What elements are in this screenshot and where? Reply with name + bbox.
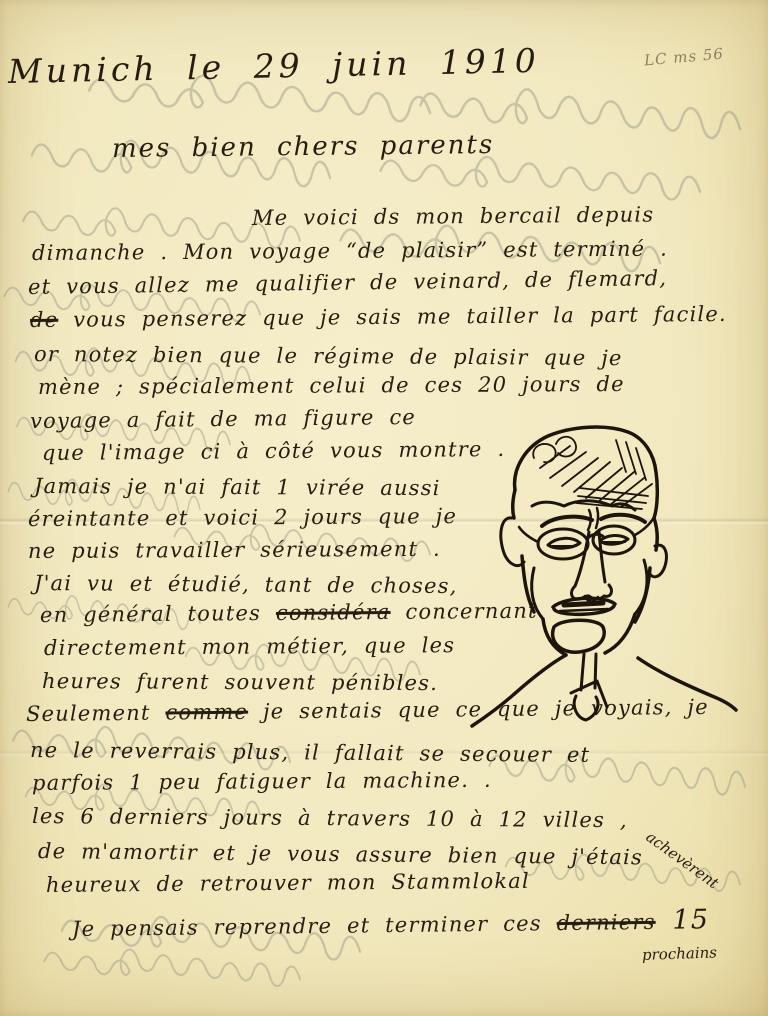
letter-line: de vous penserez que je sais me tailler … (30, 302, 727, 332)
letter-page: LC ms 56 Munich le 29 juin 1910 mes bien… (0, 0, 768, 1016)
letter-line: heures furent souvent pénibles. (42, 669, 438, 695)
letter-line: que l'image ci à côté vous montre . (42, 437, 506, 465)
letter-line: Je pensais reprendre et terminer ces der… (72, 904, 710, 943)
letter-line: heureux de retrouver mon Stammlokal (46, 869, 530, 897)
letter-line: directement mon métier, que les (44, 633, 455, 660)
inserted-correction-word: prochains (642, 943, 718, 964)
letter-line: or notez bien que le régime de plaisir q… (34, 342, 623, 370)
letter-line: Me voici ds mon bercail depuis (252, 202, 654, 230)
letter-line: dimanche . Mon voyage “de plaisir” est t… (32, 237, 668, 265)
crossed-out-word: de (30, 308, 58, 332)
letter-line: ne puis travailler sérieusement . (28, 537, 441, 563)
crossed-out-word: derniers (556, 910, 655, 935)
letter-line: mène ; spécialement celui de ces 20 jour… (38, 372, 625, 399)
letter-line: de m'amortir et je vous assure bien que … (38, 839, 643, 869)
self-caricature-sketch (468, 406, 740, 738)
letter-line: J'ai vu et étudié, tant de choses, (34, 571, 458, 598)
letter-word-slanted: achevèrent (643, 828, 722, 893)
letter-line: ne le reverrais plus, il fallait se seco… (30, 738, 590, 767)
archive-number-note: LC ms 56 (643, 45, 724, 70)
number-fifteen: 15 (655, 904, 709, 936)
letter-line: en général toutes considéra concernant (40, 599, 538, 627)
letter-line: voyage a fait de ma figure ce (30, 405, 416, 433)
letter-line: les 6 derniers jours à travers 10 à 12 v… (32, 804, 628, 832)
letter-line: éreintante et voici 2 jours que je (28, 504, 457, 531)
letter-line: et vous allez me qualifier de veinard, d… (28, 266, 667, 299)
salutation: mes bien chers parents (112, 130, 495, 164)
letter-line: Jamais je n'ai fait 1 virée aussi (34, 474, 441, 500)
dateline: Munich le 29 juin 1910 (8, 41, 541, 91)
crossed-out-word: comme (165, 700, 248, 725)
letter-line: parfois 1 peu fatiguer la machine. . (32, 768, 492, 795)
crossed-out-word: considéra (276, 600, 391, 625)
